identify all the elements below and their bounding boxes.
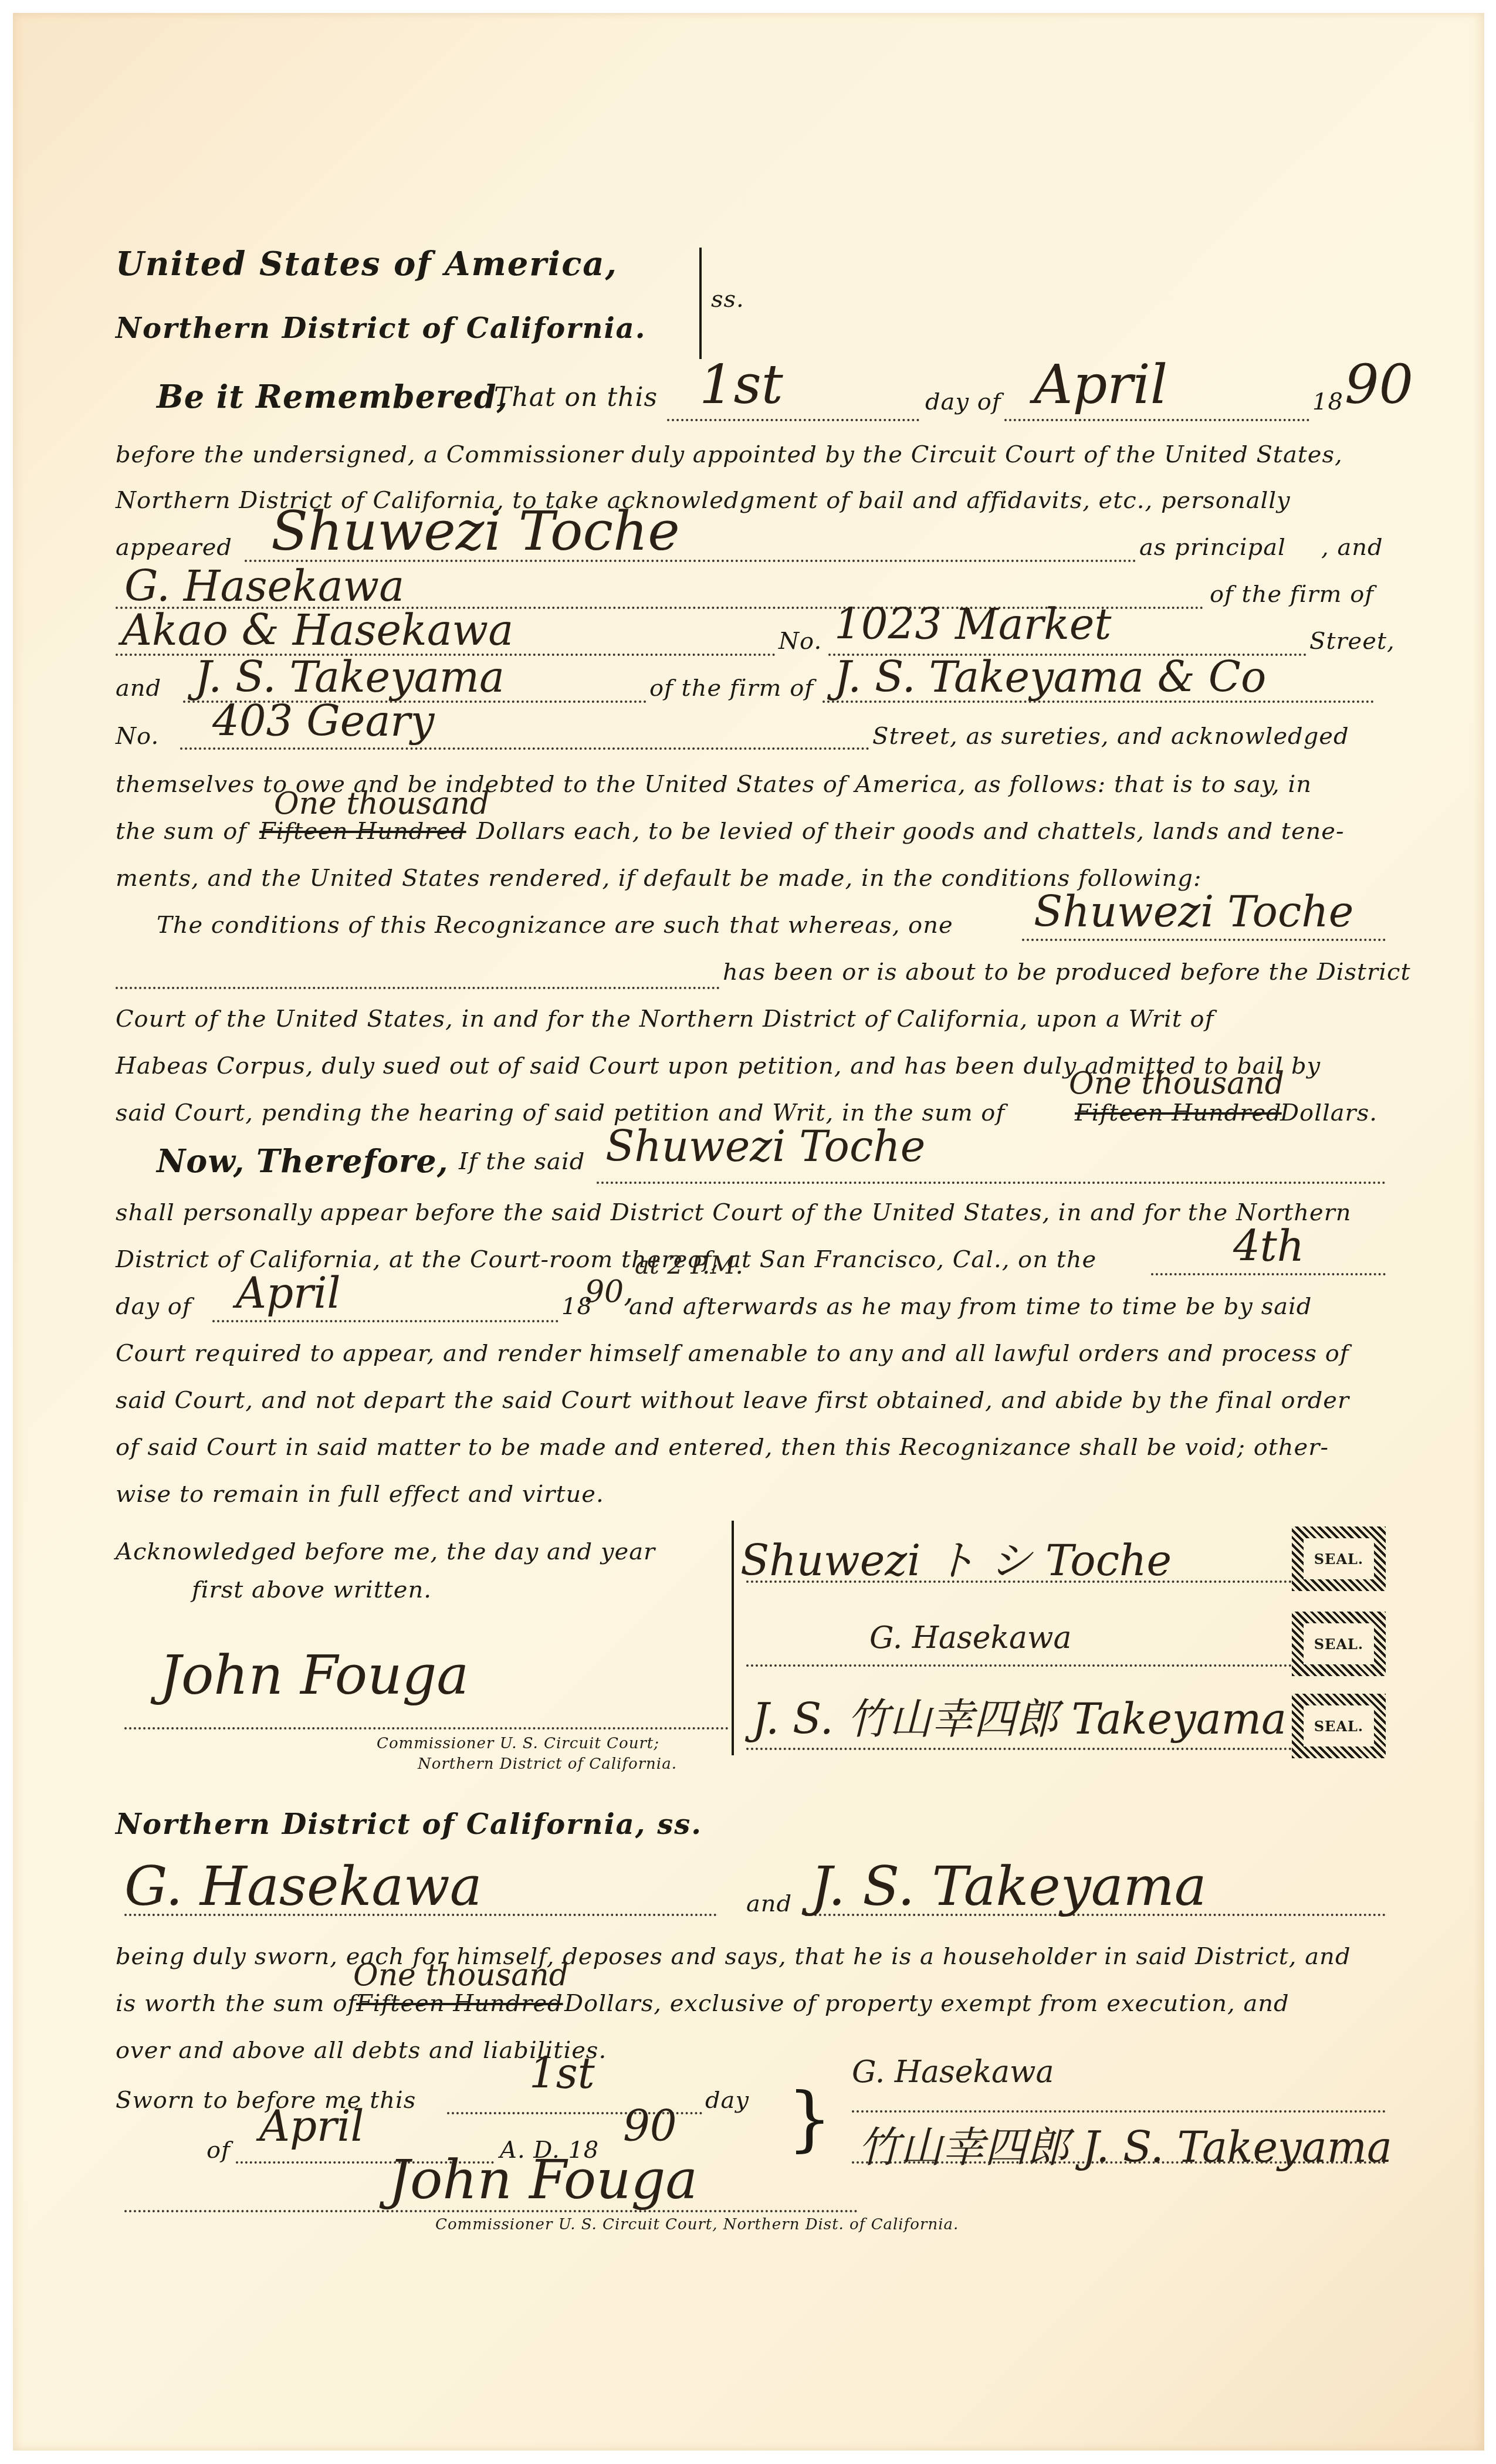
surety1-name: G. Hasekawa	[124, 561, 404, 611]
surety2-firm: J. S. Takeyama & Co	[834, 652, 1266, 702]
conditions-person: Shuwezi Toche	[1034, 887, 1353, 936]
affidavit-signature-1: G. Hasekawa	[852, 2055, 1054, 2090]
sum-inserted: One thousand	[274, 786, 489, 821]
therefore-year: 90,	[585, 1274, 634, 1309]
ack-commissioner-caption1: Commissioner U. S. Circuit Court;	[377, 1735, 659, 1752]
header-country: United States of America,	[116, 245, 618, 283]
conditions-line3: Court of the United States, in and for t…	[116, 1006, 1214, 1033]
day-value: 1st	[699, 353, 783, 416]
and-label: , and	[1321, 534, 1383, 561]
therefore-line2: shall personally appear before the said …	[116, 1199, 1352, 1226]
if-the-said-label: If the said	[459, 1148, 585, 1175]
ack-signature-1-blank	[746, 1580, 1292, 1583]
no-label: No.	[779, 628, 822, 655]
therefore-line4: and afterwards as he may from time to ti…	[629, 1293, 1312, 1320]
sworn-of-label: of	[207, 2137, 231, 2164]
header-ss: ss.	[711, 286, 744, 313]
affidavit-line2-suffix: Dollars, exclusive of property exempt fr…	[564, 1990, 1289, 2017]
affidavit-signature-1-blank	[852, 2110, 1386, 2113]
now-therefore: Now, Therefore,	[157, 1142, 449, 1180]
surety1-firm: Akao & Hasekawa	[121, 605, 513, 655]
sworn-day-label: day	[705, 2087, 749, 2114]
principal-name: Shuwezi Toche	[271, 500, 680, 563]
no-label-2: No.	[116, 723, 159, 750]
therefore-line6: said Court, and not depart the said Cour…	[116, 1387, 1349, 1414]
affidavit-surety2: J. S. Takeyama	[811, 1855, 1207, 1918]
therefore-person-blank	[597, 1182, 1386, 1184]
year-prefix: 18	[1312, 388, 1343, 415]
sum-suffix: Dollars each, to be levied of their good…	[476, 818, 1345, 845]
conditions-blank-2	[116, 987, 720, 989]
conditions-line1: The conditions of this Recognizance are …	[157, 912, 953, 939]
ack-commissioner-blank	[124, 1727, 729, 1729]
sworn-month: April	[259, 2101, 364, 2151]
ack-signature-2-blank	[746, 1664, 1292, 1667]
conditions-line2: has been or is about to be produced befo…	[723, 959, 1411, 986]
ack-signature-1: Shuwezi ト シ Toche	[740, 1527, 1172, 1588]
street-sureties-text: Street, as sureties, and acknowledged	[872, 723, 1349, 750]
affidavit-sum-inserted: One thousand	[353, 1958, 568, 1993]
therefore-day-blank	[1151, 1273, 1386, 1275]
of-firm-label: of the firm of	[1210, 581, 1374, 608]
seal-1: SEAL.	[1292, 1527, 1386, 1591]
surety1-address: 1023 Market	[834, 600, 1111, 649]
affidavit-commissioner-blank	[124, 2210, 858, 2212]
day-of-label: day of	[925, 388, 1001, 415]
ack-line2: first above written.	[192, 1576, 432, 1603]
affidavit-commissioner-signature: John Fouga	[388, 2148, 698, 2211]
header-brace	[699, 248, 702, 359]
therefore-day-of: day of	[116, 1293, 192, 1320]
year-value: 90	[1345, 353, 1413, 416]
month-blank	[1004, 419, 1309, 421]
seal-1-label: SEAL.	[1314, 1551, 1363, 1568]
conditions-sum-struck: Fifteen Hundred	[1075, 1099, 1282, 1126]
therefore-person: Shuwezi Toche	[605, 1122, 925, 1171]
sum-struck: Fifteen Hundred	[259, 818, 466, 845]
affidavit-and: and	[746, 1890, 792, 1917]
seal-2: SEAL.	[1292, 1612, 1386, 1676]
ack-commissioner-signature: John Fouga	[160, 1644, 469, 1707]
sworn-day: 1st	[529, 2049, 595, 2098]
document-page: United States of America, Northern Distr…	[13, 13, 1484, 2451]
surety2-name: J. S. Takeyama	[195, 652, 505, 702]
header-district: Northern District of California.	[116, 312, 646, 345]
affidavit-line2-prefix: is worth the sum of	[116, 1990, 357, 2017]
ack-signature-2: G. Hasekawa	[869, 1620, 1072, 1656]
conditions-suffix: Dollars.	[1280, 1099, 1377, 1126]
therefore-time: at 2 P.M.	[635, 1251, 743, 1280]
affidavit-line1: being duly sworn, each for himself, depo…	[116, 1943, 1351, 1970]
intro-line2: before the undersigned, a Commissioner d…	[116, 441, 1343, 468]
that-on-this-label: That on this	[494, 383, 658, 412]
day-blank	[667, 419, 919, 421]
conditions-person-blank	[1022, 939, 1386, 941]
affidavit-heading: Northern District of California, ss.	[116, 1808, 702, 1841]
month-value: April	[1034, 353, 1167, 416]
conditions-sum-inserted: One thousand	[1069, 1066, 1284, 1101]
affidavit-surety1: G. Hasekawa	[124, 1855, 482, 1918]
sum-prefix: the sum of	[116, 818, 247, 845]
ack-brace	[732, 1521, 734, 1755]
ack-commissioner-caption2: Northern District of California.	[418, 1755, 677, 1773]
be-it-remembered: Be it Remembered,	[157, 378, 508, 415]
therefore-month: April	[236, 1268, 341, 1318]
affidavit-sum-struck: Fifteen Hundred	[356, 1990, 563, 2017]
sworn-year: 90	[623, 2101, 677, 2151]
seal-2-label: SEAL.	[1314, 1636, 1363, 1653]
therefore-day: 4th	[1233, 1221, 1304, 1271]
as-principal-label: as principal	[1139, 534, 1286, 561]
therefore-line8: wise to remain in full effect and virtue…	[116, 1481, 604, 1508]
and-label-2: and	[116, 675, 161, 702]
ack-line1: Acknowledged before me, the day and year	[116, 1538, 655, 1565]
ack-signature-3-blank	[746, 1748, 1292, 1750]
seal-3: SEAL.	[1292, 1694, 1386, 1758]
street-label: Street,	[1309, 628, 1395, 655]
affidavit-commissioner-caption: Commissioner U. S. Circuit Court, Northe…	[435, 2216, 959, 2233]
sworn-brace: }	[787, 2084, 832, 2154]
surety2-address-blank	[180, 747, 869, 750]
of-firm-label-2: of the firm of	[649, 675, 814, 702]
seal-3-label: SEAL.	[1314, 1718, 1363, 1735]
surety2-address: 403 Geary	[212, 696, 434, 746]
therefore-month-blank	[212, 1320, 559, 1322]
therefore-line5: Court required to appear, and render him…	[116, 1340, 1349, 1367]
appeared-label: appeared	[116, 534, 232, 561]
ack-signature-3: J. S. 竹山幸四郎 Takeyama	[752, 1685, 1287, 1746]
affidavit-signature-2: 竹山幸四郎 J. S. Takeyama	[858, 2113, 1392, 2174]
therefore-line7: of said Court in said matter to be made …	[116, 1434, 1329, 1461]
affidavit-signature-2-blank	[852, 2161, 1386, 2164]
